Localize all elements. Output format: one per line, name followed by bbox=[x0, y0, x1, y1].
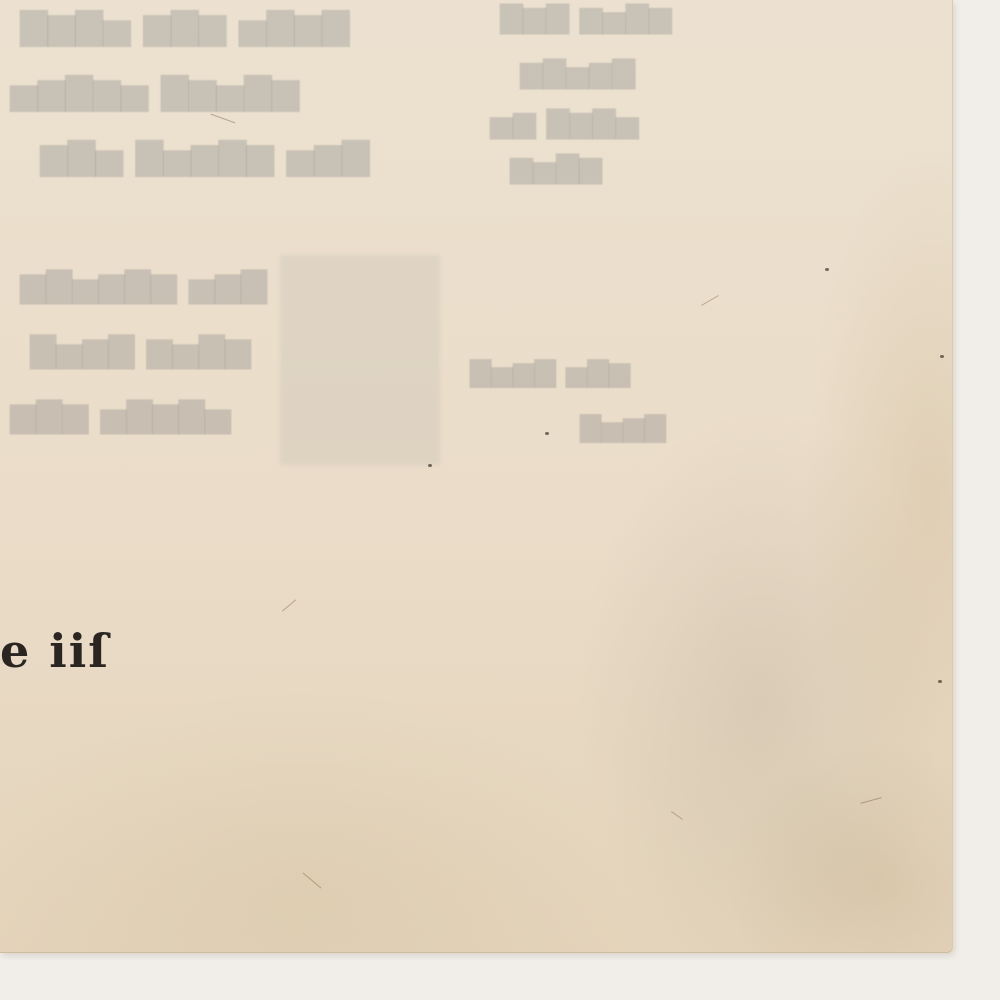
bleed-through-mid-1: ▇▆▅ ▆▇▆▅▇▆ bbox=[20, 265, 267, 305]
paper-speck bbox=[825, 268, 829, 271]
paper-speck bbox=[938, 680, 942, 683]
paper-fiber bbox=[211, 114, 236, 124]
paper-fiber bbox=[302, 872, 321, 888]
paper-speck bbox=[428, 464, 432, 467]
bleed-through-line-top-3: ▇▆▅ ▆▇▆▅▇ ▅▇▆ bbox=[40, 135, 370, 177]
bleed-through-mid-2: ▆▇▅▆ ▇▆▅▇ bbox=[30, 330, 251, 370]
bleed-through-margin-2: ▇▆▅▇▆ bbox=[520, 55, 635, 90]
bleed-through-woodcut-initial bbox=[280, 255, 440, 465]
paper-fiber bbox=[860, 797, 882, 804]
bleed-through-margin-1: ▆▇▅▆ ▇▆▇ bbox=[500, 0, 672, 35]
paper-speck bbox=[545, 432, 549, 435]
bleed-through-note-1: ▆▇▅ ▇▆▅▇ bbox=[470, 355, 630, 388]
bleed-through-margin-4: ▆▇▅▆ bbox=[510, 150, 602, 185]
bleed-through-mid-3: ▅▇▆▇▅ ▆▇▆ bbox=[10, 395, 231, 435]
bleed-through-line-top-1: ▇▆▇▅ ▆▇▆ ▅▇▆▇ bbox=[20, 5, 350, 47]
bleed-through-note-2: ▇▆▅▇ bbox=[580, 410, 666, 443]
paper-fiber bbox=[282, 599, 296, 611]
paper-page: ﾠ ▇▆▇▅ ▆▇▆ ▅▇▆▇ ▆▇▅▆▇ ▅▆▇▆▅ ▇▆▅ ▆▇▆▅▇ ▅▇… bbox=[0, 0, 953, 953]
paper-fiber bbox=[671, 811, 683, 820]
printed-text-fragment: e iiſ bbox=[0, 628, 110, 674]
bleed-through-margin-3: ▅▇▆▇ ▆▅ bbox=[490, 105, 639, 140]
paper-fiber bbox=[701, 295, 719, 306]
paper-speck bbox=[940, 355, 944, 358]
bleed-through-line-top-2: ▆▇▅▆▇ ▅▆▇▆▅ bbox=[10, 70, 299, 112]
